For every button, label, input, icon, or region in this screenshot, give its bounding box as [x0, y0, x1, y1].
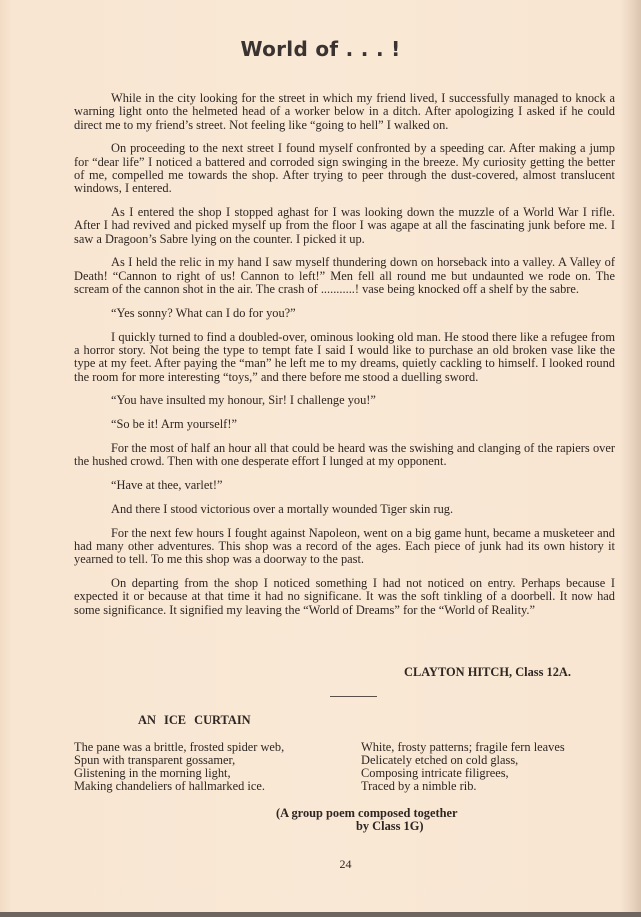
article-title: World of . . . !: [0, 37, 641, 61]
poem-stanza-left: The pane was a brittle, frosted spider w…: [74, 741, 284, 793]
poem-title: AN ICE CURTAIN: [138, 713, 251, 728]
paragraph: On proceeding to the next street I found…: [74, 142, 615, 195]
dialogue-line: “Yes sonny? What can I do for you?”: [74, 307, 615, 320]
page-bottom-edge: [0, 912, 641, 917]
poem-line: Traced by a nimble rib.: [361, 780, 565, 793]
section-divider: [330, 696, 377, 697]
paragraph: As I entered the shop I stopped aghast f…: [74, 206, 615, 246]
poem-line: Making chandeliers of hallmarked ice.: [74, 780, 284, 793]
paragraph: For the next few hours I fought against …: [74, 527, 615, 567]
poem-credit: (A group poem composed together by Class…: [276, 807, 458, 833]
paragraph: While in the city looking for the street…: [74, 92, 615, 132]
paragraph: I quickly turned to find a doubled-over,…: [74, 331, 615, 384]
page-number: 24: [0, 857, 641, 872]
poem-stanza-right: White, frosty patterns; fragile fern lea…: [361, 741, 565, 793]
paragraph: As I held the relic in my hand I saw mys…: [74, 256, 615, 296]
dialogue-line: “You have insulted my honour, Sir! I cha…: [74, 394, 615, 407]
author-byline: CLAYTON HITCH, Class 12A.: [404, 665, 571, 680]
article-body: While in the city looking for the street…: [74, 92, 615, 627]
dialogue-line: “So be it! Arm yourself!”: [74, 418, 615, 431]
paragraph: On departing from the shop I noticed som…: [74, 577, 615, 617]
paragraph: For the most of half an hour all that co…: [74, 442, 615, 469]
paragraph: And there I stood victorious over a mort…: [74, 503, 615, 516]
dialogue-line: “Have at thee, varlet!”: [74, 479, 615, 492]
poem-credit-line: by Class 1G): [276, 820, 458, 833]
